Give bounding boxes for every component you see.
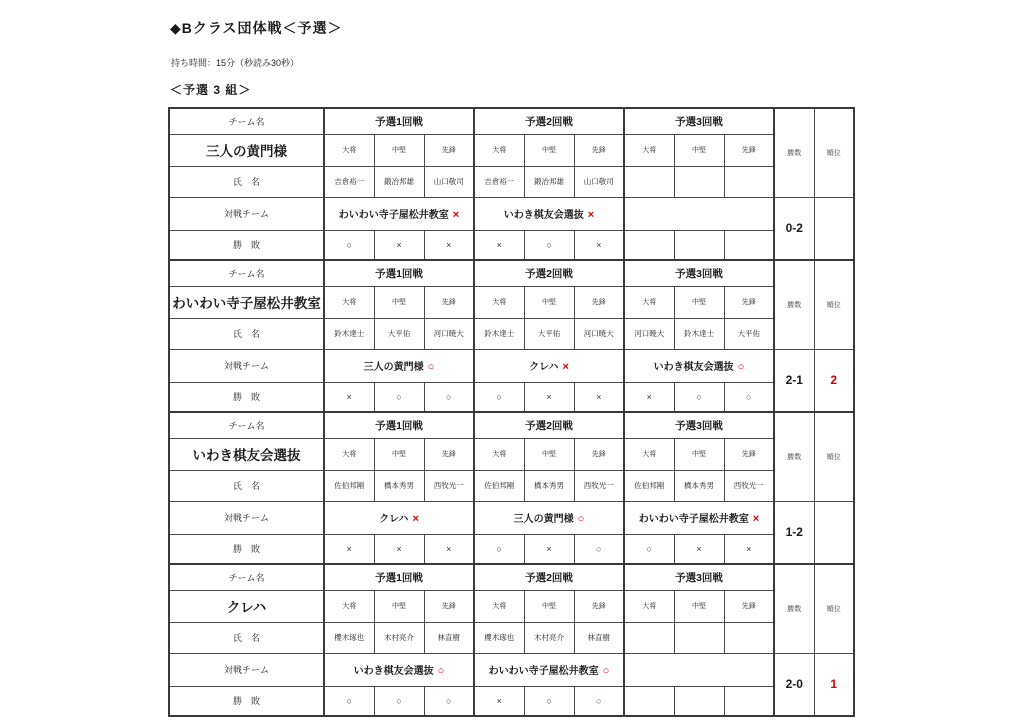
opponent-row-label: 対戦チーム [169,197,324,230]
position-cell: 中堅 [674,590,724,622]
player-name-cell [674,622,724,653]
rank-value [814,197,854,260]
player-name-cell: 木村亮介 [374,622,424,653]
opponent-cell: いわき棋友会選抜○ [624,349,774,382]
rank-header: 順位 [814,564,854,653]
result-cell: ○ [574,686,624,716]
position-cell: 中堅 [374,438,424,470]
position-cell: 先鋒 [424,438,474,470]
position-cell: 大将 [324,134,374,166]
player-name-cell: 鍛冶邦雄 [374,166,424,197]
player-name-cell: 河口暁大 [574,318,624,349]
position-cell: 先鋒 [574,286,624,318]
opponent-cell: いわき棋友会選抜○ [324,653,474,686]
position-cell: 先鋒 [424,590,474,622]
result-cell: × [674,534,724,564]
player-name-cell [724,166,774,197]
name-row-label: 氏 名 [169,318,324,349]
result-cell: × [524,534,574,564]
player-name-row: 氏 名 佐伯邦剛 橋本秀男 西牧光一 佐伯邦剛 橋本秀男 西牧光一 佐伯邦剛 橋… [169,470,854,501]
position-cell: 大将 [474,590,524,622]
player-name-row: 氏 名 吉倉裕一 鍛冶邦雄 山口敬司 吉倉裕一 鍛冶邦雄 山口敬司 [169,166,854,197]
team-block: チーム名 予選1回戦 予選2回戦 予選3回戦 勝数 順位 三人の黄門様 大将 中… [169,108,854,260]
position-cell: 大将 [324,286,374,318]
result-cell: × [374,534,424,564]
position-cell: 大将 [474,134,524,166]
result-cell: ○ [724,382,774,412]
team-name: わいわい寺子屋松井教室 [169,286,324,318]
round-1-header: 予選1回戦 [324,260,474,286]
result-cell: × [324,382,374,412]
result-cell: ○ [324,230,374,260]
result-cell: ○ [474,382,524,412]
position-cell: 中堅 [374,134,424,166]
position-cell: 先鋒 [724,134,774,166]
position-cell: 大将 [324,590,374,622]
result-cell: × [574,230,624,260]
result-cell: ○ [424,686,474,716]
player-name-cell: 佐伯邦剛 [624,470,674,501]
section-title: ＜予選 3 組＞ [170,81,251,98]
wins-header: 勝数 [774,564,814,653]
opponent-cell: 三人の黄門様○ [474,501,624,534]
player-name-cell: 西牧光一 [724,470,774,501]
round-header-row: チーム名 予選1回戦 予選2回戦 予選3回戦 勝数 順位 [169,564,854,590]
player-name-cell: 木村亮介 [524,622,574,653]
opponent-result-mark: ○ [438,665,445,677]
result-cell: ○ [424,382,474,412]
round-3-header: 予選3回戦 [624,564,774,590]
opponent-name: いわき棋友会選抜 [654,362,734,373]
position-cell: 先鋒 [724,438,774,470]
position-cell: 中堅 [374,286,424,318]
opponent-cell [624,653,774,686]
player-name-cell [674,166,724,197]
opponent-name: 三人の黄門様 [514,514,574,525]
result-cell: ○ [524,686,574,716]
player-name-cell: 林直樹 [574,622,624,653]
result-cell: ○ [374,686,424,716]
wins-value: 1-2 [774,501,814,564]
result-cell: ○ [324,686,374,716]
result-cell: × [624,382,674,412]
result-row: 勝 敗 ○ × × × ○ × [169,230,854,260]
player-name-cell: 佐伯邦剛 [324,470,374,501]
player-name-cell: 河口暁大 [624,318,674,349]
wins-value: 2-0 [774,653,814,716]
position-cell: 中堅 [374,590,424,622]
player-name-cell: 鍛冶邦雄 [524,166,574,197]
team-name-label: チーム名 [169,564,324,590]
rank-header: 順位 [814,412,854,501]
position-cell: 先鋒 [724,286,774,318]
player-name-cell: 鈴木達士 [474,318,524,349]
opponent-cell [624,197,774,230]
round-3-header: 予選3回戦 [624,108,774,134]
player-name-cell: 大平佑 [374,318,424,349]
result-cell [624,686,674,716]
team-block: チーム名 予選1回戦 予選2回戦 予選3回戦 勝数 順位 クレハ 大将 中堅 先… [169,564,854,716]
result-cell: ○ [374,382,424,412]
player-name-cell: 橋本秀男 [674,470,724,501]
player-name-cell: 大平佑 [524,318,574,349]
round-1-header: 予選1回戦 [324,412,474,438]
result-cell: × [724,534,774,564]
position-cell: 中堅 [524,134,574,166]
opponent-row: 対戦チーム 三人の黄門様○ クレハ× いわき棋友会選抜○ 2-1 2 [169,349,854,382]
round-header-row: チーム名 予選1回戦 予選2回戦 予選3回戦 勝数 順位 [169,260,854,286]
team-name: 三人の黄門様 [169,134,324,166]
result-row-label: 勝 敗 [169,230,324,260]
opponent-row: 対戦チーム いわき棋友会選抜○ わいわい寺子屋松井教室○ 2-0 1 [169,653,854,686]
player-name-cell: 山口敬司 [574,166,624,197]
round-1-header: 予選1回戦 [324,564,474,590]
result-row: 勝 敗 ○ ○ ○ × ○ ○ [169,686,854,716]
preliminary-results-table: チーム名 予選1回戦 予選2回戦 予選3回戦 勝数 順位 三人の黄門様 大将 中… [168,107,855,717]
name-row-label: 氏 名 [169,470,324,501]
player-name-cell: 山口敬司 [424,166,474,197]
result-cell [674,686,724,716]
position-cell: 先鋒 [574,134,624,166]
opponent-name: いわき棋友会選抜 [354,666,434,677]
team-block: チーム名 予選1回戦 予選2回戦 予選3回戦 勝数 順位 わいわい寺子屋松井教室… [169,260,854,412]
opponent-row-label: 対戦チーム [169,653,324,686]
opponent-cell: いわき棋友会選抜× [474,197,624,230]
opponent-row-label: 対戦チーム [169,349,324,382]
player-name-cell: 吉倉裕一 [324,166,374,197]
position-cell: 中堅 [524,286,574,318]
player-name-row: 氏 名 櫻木琢也 木村亮介 林直樹 櫻木琢也 木村亮介 林直樹 [169,622,854,653]
player-name-cell: 鈴木達士 [674,318,724,349]
opponent-row: 対戦チーム クレハ× 三人の黄門様○ わいわい寺子屋松井教室× 1-2 [169,501,854,534]
result-cell: × [324,534,374,564]
player-name-cell [624,622,674,653]
page-title: ◆Bクラス団体戦＜予選＞ [170,18,342,38]
name-row-label: 氏 名 [169,166,324,197]
player-name-cell [724,622,774,653]
team-block: チーム名 予選1回戦 予選2回戦 予選3回戦 勝数 順位 いわき棋友会選抜 大将… [169,412,854,564]
player-name-cell: 鈴木達士 [324,318,374,349]
team-name: クレハ [169,590,324,622]
position-cell: 先鋒 [574,438,624,470]
round-1-header: 予選1回戦 [324,108,474,134]
opponent-cell: わいわい寺子屋松井教室○ [474,653,624,686]
result-row: 勝 敗 × ○ ○ ○ × × × ○ ○ [169,382,854,412]
position-cell: 先鋒 [424,286,474,318]
round-header-row: チーム名 予選1回戦 予選2回戦 予選3回戦 勝数 順位 [169,412,854,438]
team-name-label: チーム名 [169,260,324,286]
opponent-result-mark: × [753,513,759,525]
round-2-header: 予選2回戦 [474,260,624,286]
player-name-cell: 櫻木琢也 [474,622,524,653]
player-name-row: 氏 名 鈴木達士 大平佑 河口暁大 鈴木達士 大平佑 河口暁大 河口暁大 鈴木達… [169,318,854,349]
player-name-cell: 佐伯邦剛 [474,470,524,501]
position-row: クレハ 大将 中堅 先鋒 大将 中堅 先鋒 大将 中堅 先鋒 [169,590,854,622]
player-name-cell: 大平佑 [724,318,774,349]
position-row: いわき棋友会選抜 大将 中堅 先鋒 大将 中堅 先鋒 大将 中堅 先鋒 [169,438,854,470]
opponent-name: クレハ [379,514,408,525]
rank-value: 1 [814,653,854,716]
opponent-result-mark: × [562,361,568,373]
position-cell: 中堅 [524,438,574,470]
opponent-cell: クレハ× [474,349,624,382]
result-cell: × [574,382,624,412]
result-cell [624,230,674,260]
player-name-cell: 吉倉裕一 [474,166,524,197]
team-name-label: チーム名 [169,108,324,134]
round-2-header: 予選2回戦 [474,564,624,590]
round-2-header: 予選2回戦 [474,108,624,134]
opponent-name: わいわい寺子屋松井教室 [339,210,449,221]
opponent-cell: わいわい寺子屋松井教室× [624,501,774,534]
position-cell: 大将 [624,590,674,622]
position-cell: 大将 [624,286,674,318]
opponent-result-mark: ○ [428,361,435,373]
wins-header: 勝数 [774,260,814,349]
wins-value: 0-2 [774,197,814,260]
position-cell: 中堅 [674,134,724,166]
rank-header: 順位 [814,108,854,197]
player-name-cell [624,166,674,197]
result-cell: ○ [474,534,524,564]
opponent-name: わいわい寺子屋松井教室 [489,666,599,677]
team-name-label: チーム名 [169,412,324,438]
opponent-cell: わいわい寺子屋松井教室× [324,197,474,230]
round-header-row: チーム名 予選1回戦 予選2回戦 予選3回戦 勝数 順位 [169,108,854,134]
result-cell: × [474,686,524,716]
round-3-header: 予選3回戦 [624,260,774,286]
position-cell: 大将 [624,134,674,166]
opponent-row: 対戦チーム わいわい寺子屋松井教室× いわき棋友会選抜× 0-2 [169,197,854,230]
position-cell: 大将 [624,438,674,470]
result-row: 勝 敗 × × × ○ × ○ ○ × × [169,534,854,564]
position-cell: 中堅 [674,286,724,318]
player-name-cell: 河口暁大 [424,318,474,349]
result-cell: ○ [524,230,574,260]
opponent-result-mark: ○ [738,361,745,373]
position-row: わいわい寺子屋松井教室 大将 中堅 先鋒 大将 中堅 先鋒 大将 中堅 先鋒 [169,286,854,318]
opponent-result-mark: × [453,209,459,221]
opponent-result-mark: ○ [578,513,585,525]
result-cell: × [424,534,474,564]
player-name-cell: 櫻木琢也 [324,622,374,653]
player-name-cell: 西牧光一 [574,470,624,501]
round-2-header: 予選2回戦 [474,412,624,438]
result-cell: × [474,230,524,260]
result-cell: × [424,230,474,260]
position-cell: 先鋒 [724,590,774,622]
rank-value: 2 [814,349,854,412]
result-cell [724,686,774,716]
opponent-cell: 三人の黄門様○ [324,349,474,382]
opponent-cell: クレハ× [324,501,474,534]
opponent-name: わいわい寺子屋松井教室 [639,514,749,525]
opponent-name: いわき棋友会選抜 [504,210,584,221]
result-cell: ○ [674,382,724,412]
player-name-cell: 西牧光一 [424,470,474,501]
rank-header: 順位 [814,260,854,349]
position-cell: 中堅 [674,438,724,470]
name-row-label: 氏 名 [169,622,324,653]
position-row: 三人の黄門様 大将 中堅 先鋒 大将 中堅 先鋒 大将 中堅 先鋒 [169,134,854,166]
opponent-result-mark: × [412,513,418,525]
opponent-result-mark: ○ [603,665,610,677]
result-cell: × [374,230,424,260]
result-cell: ○ [574,534,624,564]
position-cell: 先鋒 [424,134,474,166]
position-cell: 大将 [474,286,524,318]
position-cell: 先鋒 [574,590,624,622]
result-cell: ○ [624,534,674,564]
player-name-cell: 林直樹 [424,622,474,653]
wins-header: 勝数 [774,108,814,197]
position-cell: 大将 [474,438,524,470]
round-3-header: 予選3回戦 [624,412,774,438]
time-limit-note: 持ち時間：15分（秒読み30秒） [171,56,299,69]
opponent-row-label: 対戦チーム [169,501,324,534]
opponent-result-mark: × [588,209,594,221]
opponent-name: クレハ [529,362,558,373]
result-row-label: 勝 敗 [169,382,324,412]
position-cell: 中堅 [524,590,574,622]
result-cell: × [524,382,574,412]
wins-header: 勝数 [774,412,814,501]
opponent-name: 三人の黄門様 [364,362,424,373]
player-name-cell: 橋本秀男 [524,470,574,501]
rank-value [814,501,854,564]
player-name-cell: 橋本秀男 [374,470,424,501]
result-row-label: 勝 敗 [169,686,324,716]
result-row-label: 勝 敗 [169,534,324,564]
result-cell [724,230,774,260]
wins-value: 2-1 [774,349,814,412]
position-cell: 大将 [324,438,374,470]
team-name: いわき棋友会選抜 [169,438,324,470]
result-cell [674,230,724,260]
